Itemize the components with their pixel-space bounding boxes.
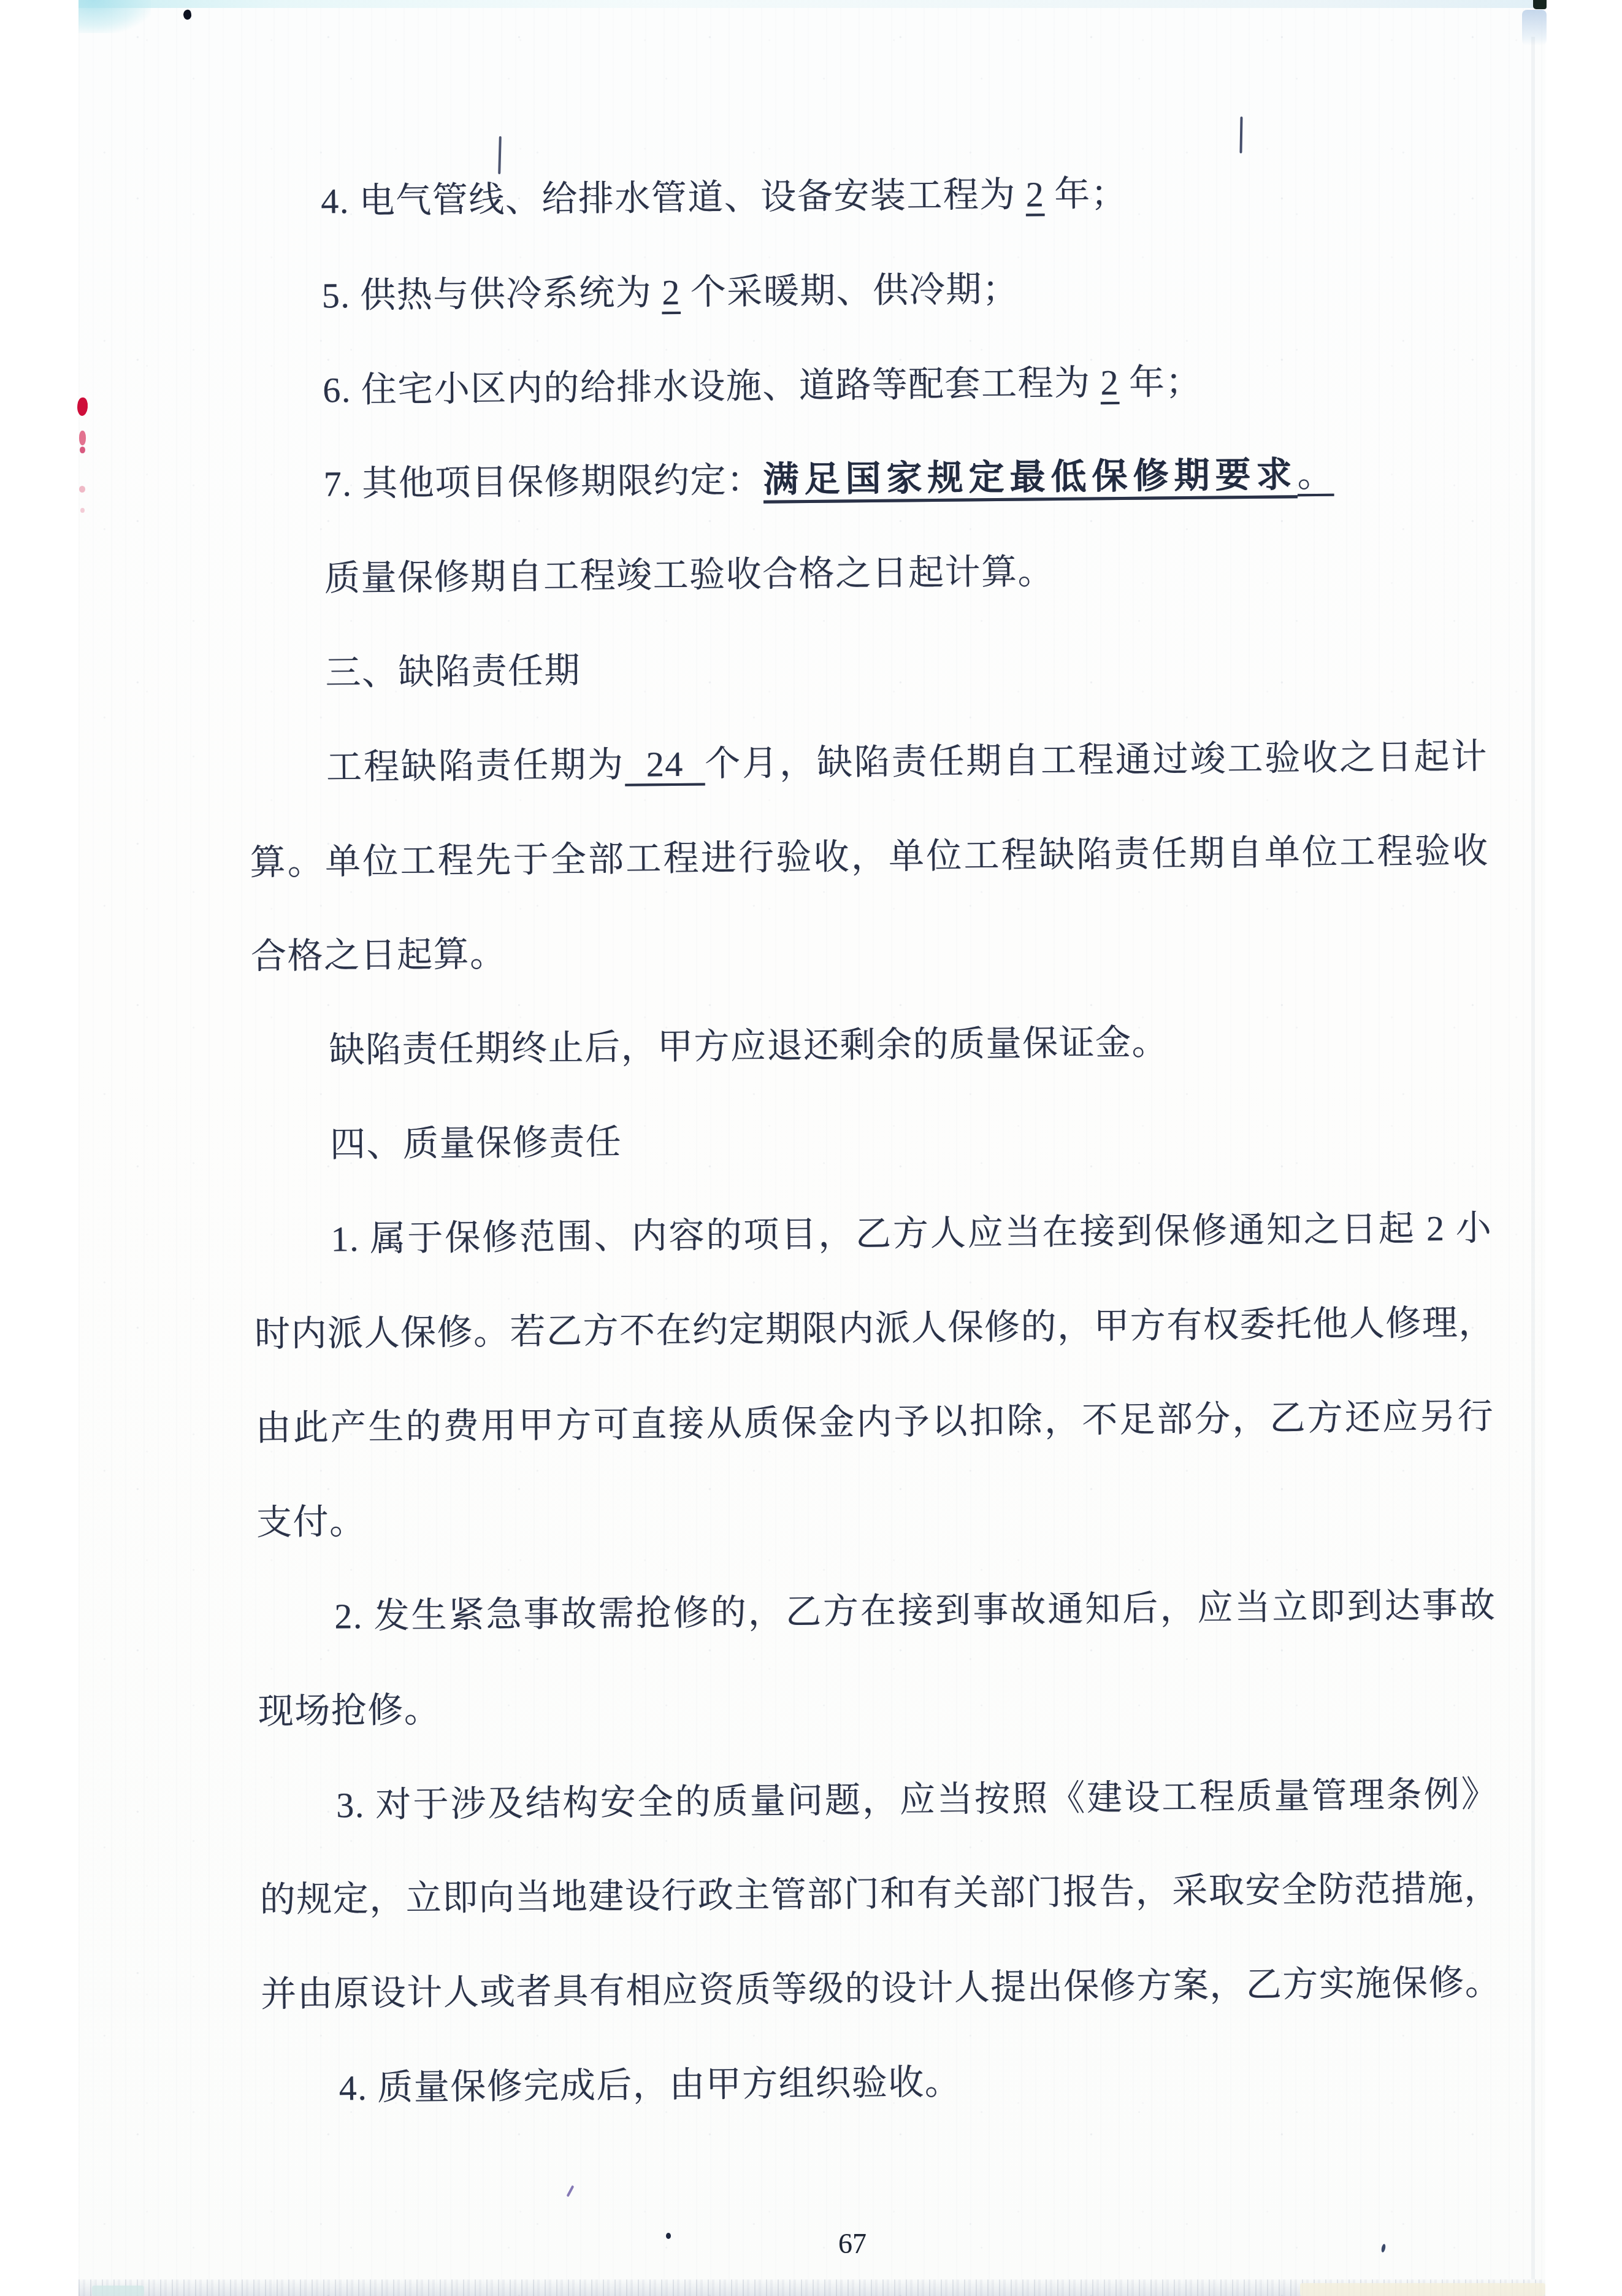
warranty-years-value: 2: [1025, 174, 1044, 214]
para-repair-item-2-line-1: 2. 发生紧急事故需抢修的，乙方在接到事故通知后，应当立即到达事故: [257, 1558, 1496, 1664]
list-item-5: 5. 供热与供冷系统为 2 个采暖期、供冷期；: [244, 237, 1483, 344]
para-repair-item-1-line-4: 支付。: [256, 1464, 1495, 1570]
heating-periods-value: 2: [662, 272, 681, 312]
para-defect-period-line-1: 工程缺陷责任期为 24 个月，缺陷责任期自工程通过竣工验收之日起计: [248, 709, 1488, 815]
list-item-7-text: 7. 其他项目保修期限约定：: [323, 460, 763, 504]
page-number: 67: [822, 2228, 883, 2260]
list-item-4-text: 4. 电气管线、给排水管道、设备安装工程为: [321, 175, 1026, 221]
heading-section-four: 四、质量保修责任: [252, 1086, 1491, 1192]
community-works-years-value: 2: [1100, 363, 1119, 402]
para-defect-period-line-3: 合格之日起算。: [250, 898, 1490, 1004]
heading-section-three: 三、缺陷责任期: [248, 615, 1487, 721]
para-repair-item-1-line-3: 由此产生的费用甲方可直接从质保金内予以扣除，不足部分，乙方还应另行: [255, 1370, 1494, 1476]
contract-text-block: 4. 电气管线、给排水管道、设备安装工程为 2 年； 5. 供热与供冷系统为 2…: [243, 143, 1501, 2136]
list-item-4: 4. 电气管线、给排水管道、设备安装工程为 2 年；: [243, 143, 1483, 249]
para-repair-item-3-line-3: 并由原设计人或者具有相应资质等级的设计人提出保修方案，乙方实施保修。: [261, 1935, 1500, 2041]
other-warranty-terms-value: 满足国家规定最低保修期要求: [763, 455, 1298, 500]
para-refund-retention: 缺陷责任期终止后，甲方应退还剩余的质量保证金。: [251, 992, 1491, 1098]
para-repair-item-1-line-1: 1. 属于保修范围、内容的项目，乙方人应当在接到保修通知之日起 2 小: [253, 1181, 1493, 1287]
para-repair-item-2-line-2: 现场抢修。: [258, 1653, 1497, 1759]
defect-period-months-value: 24: [625, 743, 705, 784]
list-item-5-text: 5. 供热与供冷系统为: [321, 272, 662, 315]
list-item-6-text: 6. 住宅小区内的给排水设施、道路等配套工程为: [323, 363, 1101, 410]
para-defect-period-line-2: 算。单位工程先于全部工程进行验收，单位工程缺陷责任期自单位工程验收: [250, 804, 1489, 910]
para-repair-item-1-line-2: 时内派人保修。若乙方不在约定期限内派人保修的，甲方有权委托他人修理，: [254, 1275, 1493, 1381]
list-item-6: 6. 住宅小区内的给排水设施、道路等配套工程为 2 年；: [245, 332, 1484, 438]
para-warranty-start-date: 质量保修期自工程竣工验收合格之日起计算。: [247, 521, 1486, 627]
para-repair-item-3-line-1: 3. 对于涉及结构安全的质量问题，应当按照《建设工程质量管理条例》: [259, 1747, 1498, 1853]
para-repair-item-4: 4. 质量保修完成后，由甲方组织验收。: [261, 2030, 1501, 2136]
para-repair-item-3-line-2: 的规定，立即向当地建设行政主管部门和有关部门报告，采取安全防范措施，: [259, 1841, 1499, 1948]
list-item-7: 7. 其他项目保修期限约定：满足国家规定最低保修期要求。: [246, 426, 1485, 532]
